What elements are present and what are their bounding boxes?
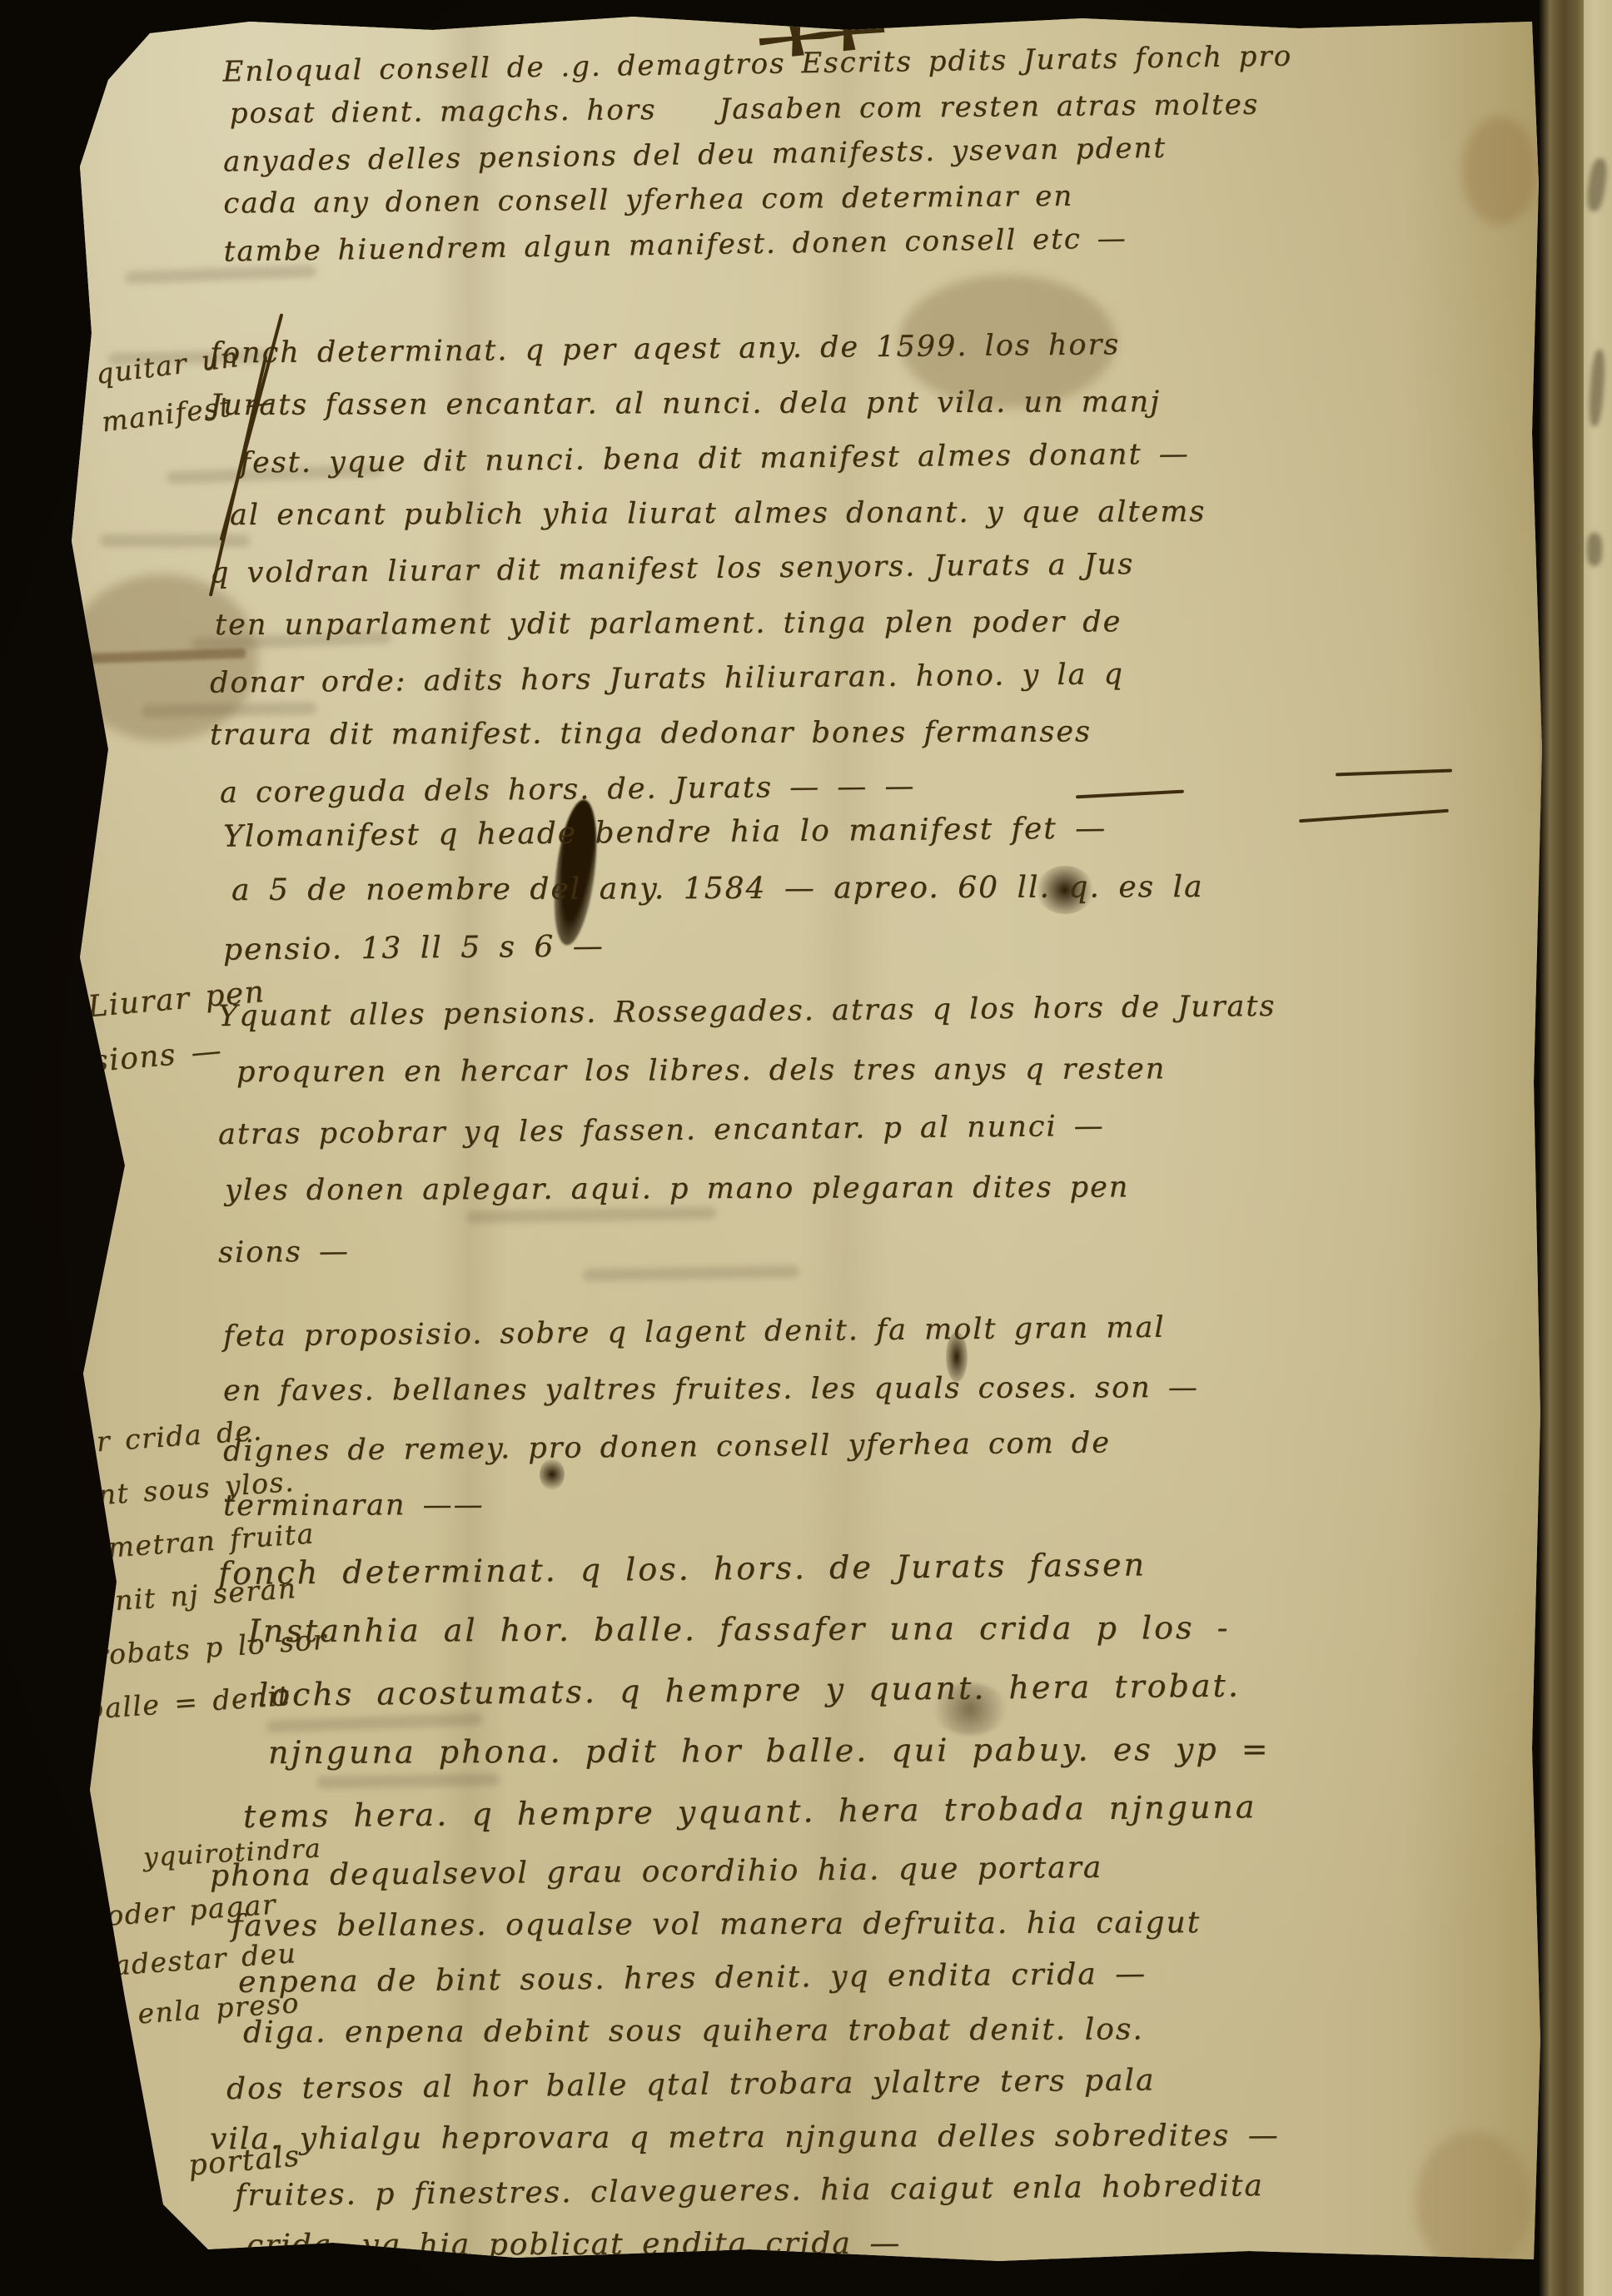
paragraph-determination-manifest: fonch determinat. q per aqest any. de 15… — [210, 321, 1206, 816]
handwritten-line: proquren en hercar los libres. dels tres… — [236, 1040, 1276, 1102]
handwritten-line: fonch determinat. q per aqest any. de 15… — [210, 316, 1207, 380]
handwritten-line: ten unparlament ydit parlament. tinga pl… — [215, 594, 1207, 653]
stain — [1462, 117, 1537, 225]
paragraph-pensions-rossegades: Yquant alles pensions. Rossegades. atras… — [218, 982, 1276, 1278]
handwritten-line: fest. yque dit nunci. bena dit manifest … — [240, 426, 1207, 490]
handwritten-line: enpena de bint sous. hres denit. yq endi… — [238, 1946, 1280, 2010]
handwritten-line: yles donen aplegar. aqui. p mano plegara… — [225, 1158, 1276, 1220]
paragraph-pena-vint-sous: phona dequalsevol grau ocordihio hia. qu… — [210, 1845, 1280, 2271]
flourish-dash — [1299, 809, 1449, 823]
handwritten-line: Instanhia al hor. balle. fassafer una cr… — [248, 1598, 1271, 1662]
handwritten-line: dos tersos al hor balle qtal trobara yla… — [226, 2053, 1280, 2116]
handwritten-line: Yquant alles pensions. Rossegades. atras… — [218, 977, 1276, 1046]
paragraph-manifest-price: Ylomanifest q heade bendre hia lo manife… — [223, 804, 1204, 974]
facing-page-edge — [1584, 0, 1612, 2296]
handwritten-line: feta proposisio. sobre q lagent denit. f… — [223, 1299, 1199, 1365]
handwritten-line: traura dit manifest. tinga dedonar bones… — [210, 704, 1207, 763]
paragraph-proposal: Enloqual consell de .g. demagtros Escrit… — [222, 39, 1293, 270]
handwritten-line: dignes de remey. pro donen consell yferh… — [223, 1414, 1199, 1480]
handwritten-line: phona dequalsevol grau ocordihio hia. qu… — [210, 1840, 1280, 1903]
handwritten-line: a 5 de noembre del any. 1584 — apreo. 60… — [231, 859, 1204, 919]
handwritten-line: al encant publich yhia liurat almes dona… — [230, 485, 1207, 543]
book-gutter — [1539, 0, 1584, 2296]
handwritten-line: Ylomanifest q heade bendre hia lo manife… — [223, 799, 1204, 865]
folio-number: 296 — [72, 30, 128, 66]
flourish-dash — [1336, 769, 1452, 777]
handwritten-line: fonch determinat. q los. hors. de Jurats… — [218, 1533, 1271, 1604]
handwritten-line: pensio. 13 ll 5 s 6 — — [223, 912, 1204, 978]
bleed-through-ghost — [1585, 157, 1610, 212]
handwritten-line: tems hera. q hempre yquant. hera trobada… — [243, 1777, 1271, 1847]
handwritten-line: crida. yq hia poblicat endita crida — — [246, 2216, 1280, 2273]
handwritten-line: terminaran —— — [223, 1474, 1199, 1535]
manuscript-page: 296 ‡ quitar unmanifest — Liurar pension… — [0, 0, 1612, 2296]
bleed-through-ghost — [1588, 350, 1606, 427]
handwritten-line: faves bellanes. oqualse vol manera defru… — [231, 1896, 1280, 1953]
handwritten-line: lochs acostumats. q hempre y quant. hera… — [258, 1655, 1271, 1726]
handwritten-line: sions — — [218, 1214, 1276, 1283]
paragraph-determination-crida: fonch determinat. q los. hors. de Jurats… — [218, 1538, 1271, 1842]
handwritten-line: en faves. bellanes yaltres fruites. les … — [223, 1359, 1199, 1420]
handwritten-line: donar orde: adits hors Jurats hiliuraran… — [210, 646, 1207, 710]
handwritten-line: fruites. p finestres. clavegueres. hia c… — [235, 2159, 1280, 2223]
handwritten-line: diga. enpena debint sous quihera trobat … — [243, 2003, 1280, 2060]
handwritten-line: atras pcobrar yq les fassen. encantar. p… — [218, 1096, 1276, 1165]
paragraph-proposicio-fruita: feta proposisio. sobre q lagent denit. f… — [223, 1304, 1199, 1533]
handwritten-line: Jurats fassen encantar. al nunci. dela p… — [210, 375, 1207, 433]
handwritten-line: vila. yhialgu heprovara q metra njnguna … — [210, 2110, 1280, 2166]
bleed-through-ghost — [1587, 533, 1602, 566]
photograph-background: 296 ‡ quitar unmanifest — Liurar pension… — [0, 0, 1612, 2296]
stain — [1415, 2131, 1532, 2273]
handwritten-line: q voldran liurar dit manifest los senyor… — [210, 536, 1207, 600]
handwritten-line: njnguna phona. pdit hor balle. qui pabuy… — [268, 1719, 1271, 1783]
